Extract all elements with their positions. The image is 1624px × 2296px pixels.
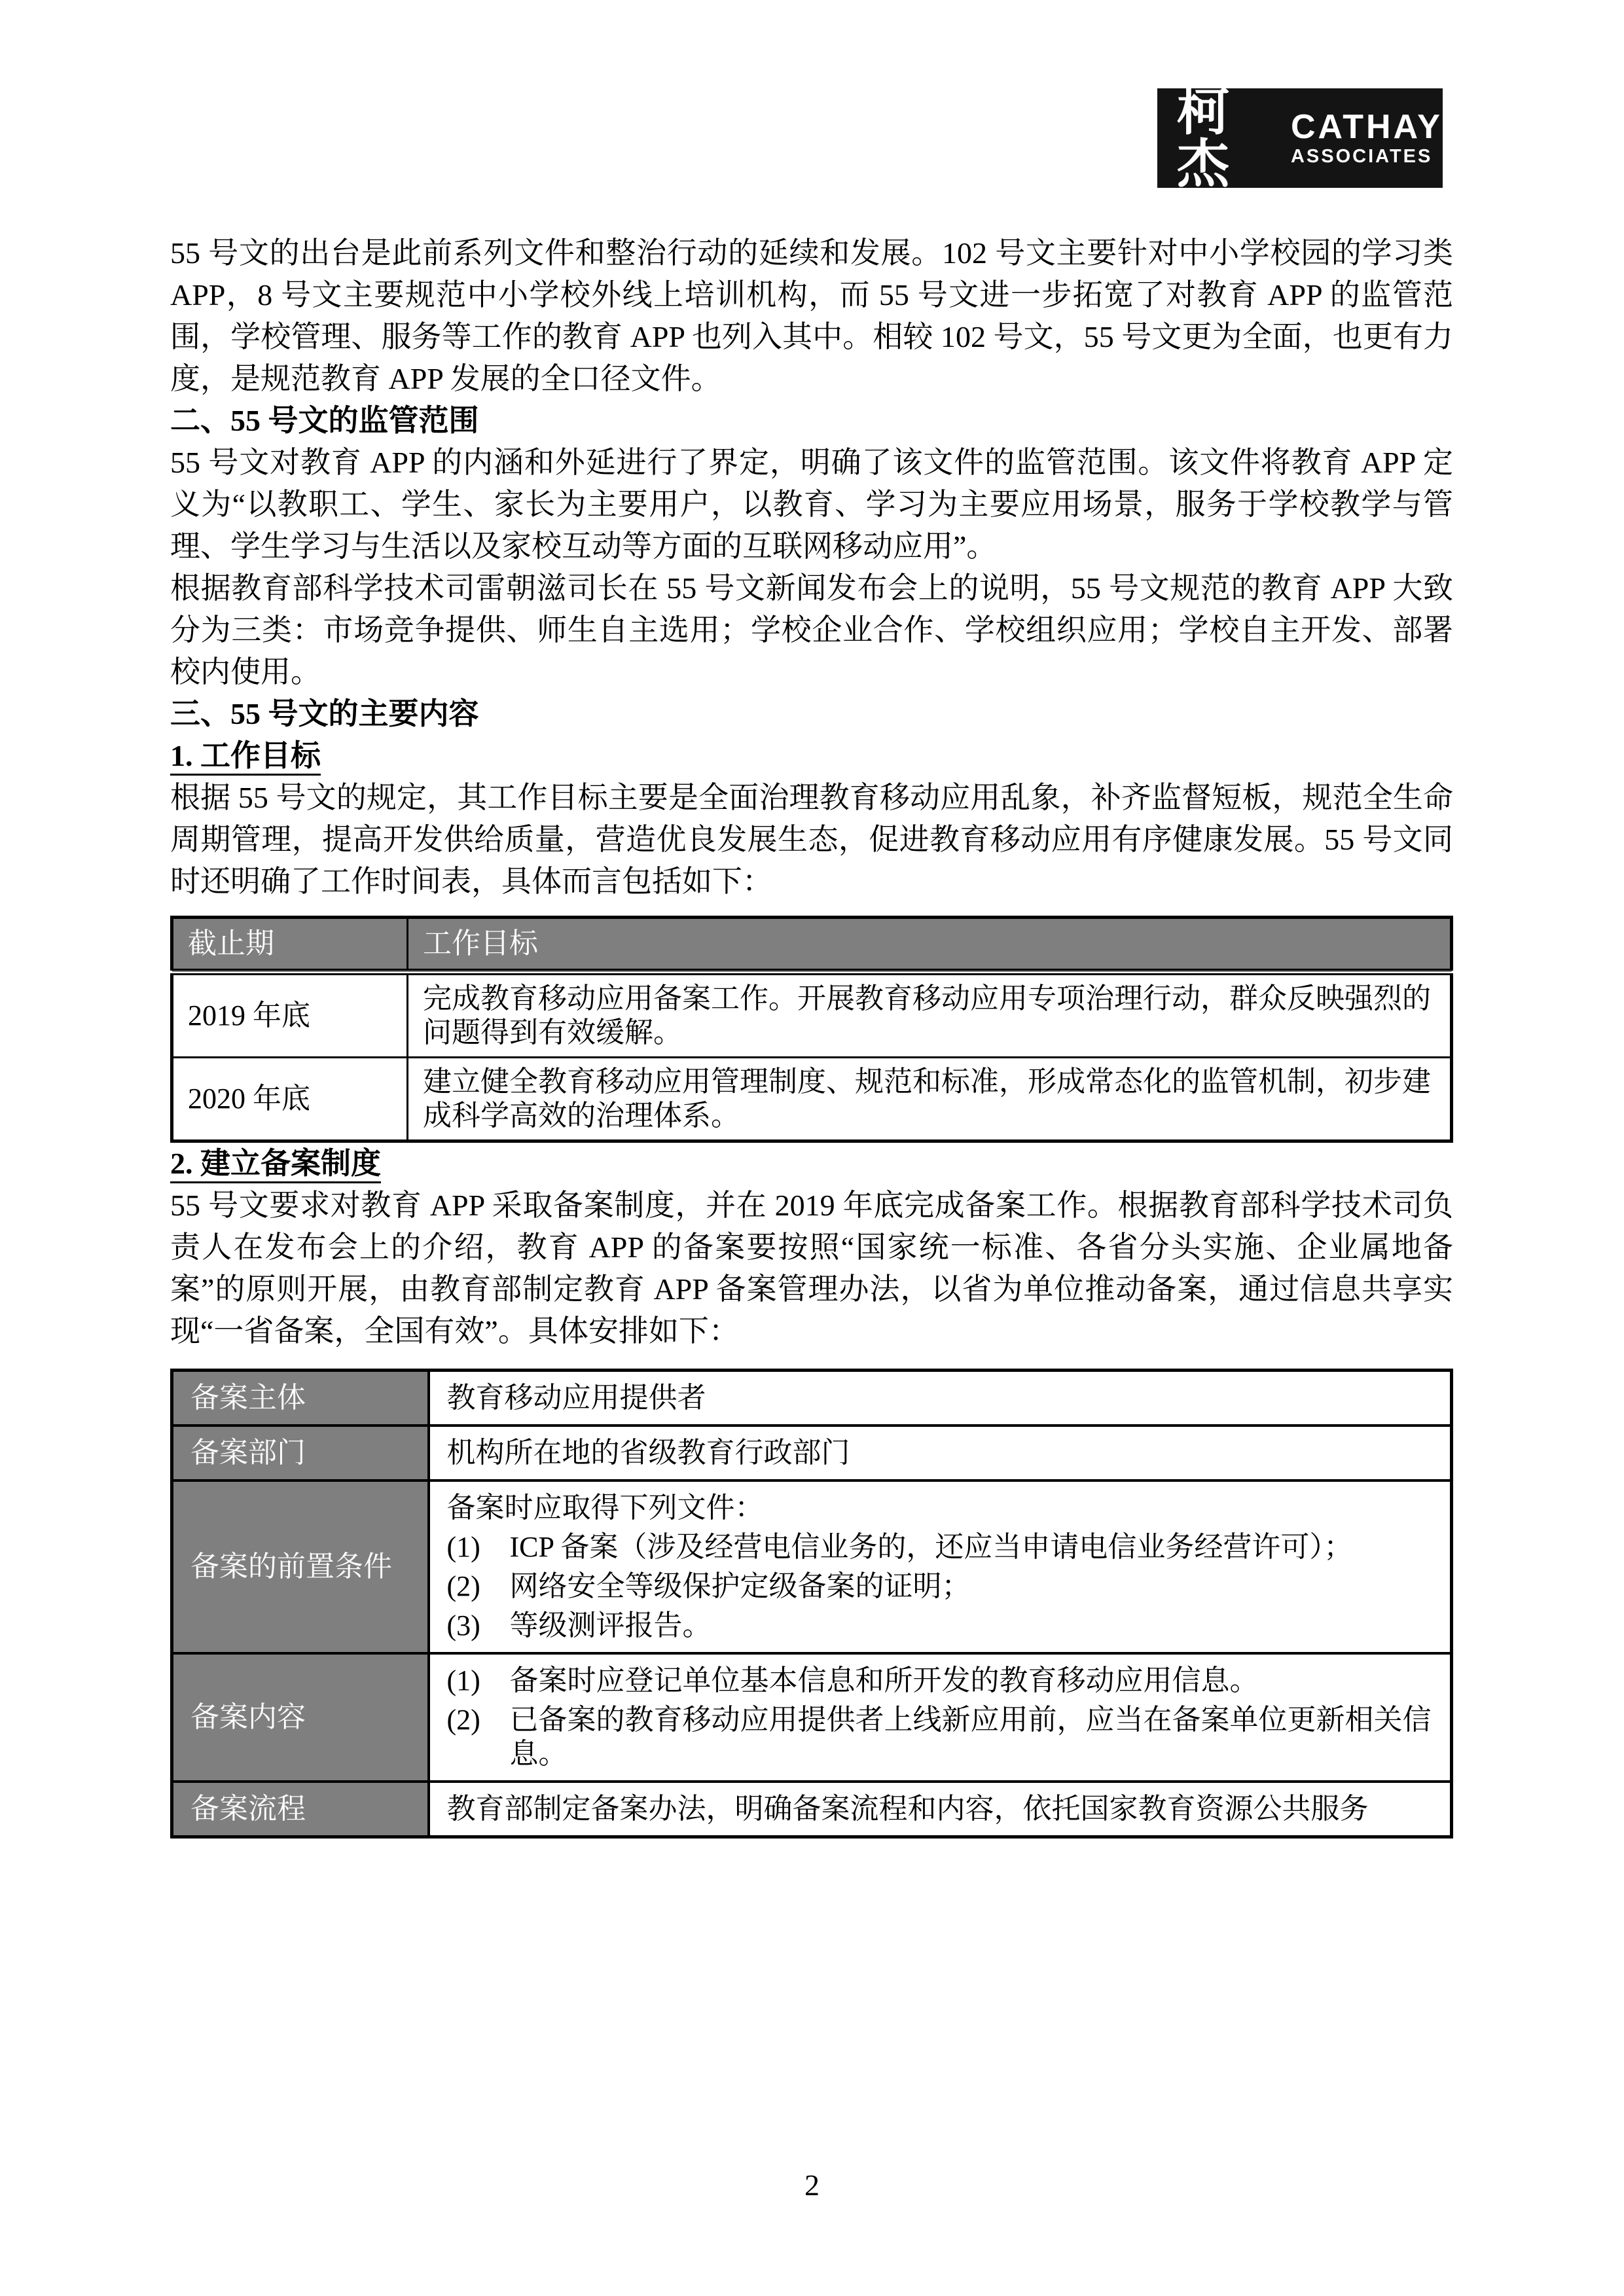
list-item: (1)备案时应登记单位基本信息和所开发的教育移动应用信息。 (447, 1664, 1437, 1698)
filing-value-process: 教育部制定备案办法，明确备案流程和内容，依托国家教育资源公共服务 (429, 1782, 1452, 1837)
filing-value-preconditions: 备案时应取得下列文件： (1)ICP 备案（涉及经营电信业务的，还应当申请电信业… (429, 1480, 1452, 1653)
paragraph-intro: 55 号文的出台是此前系列文件和整治行动的延续和发展。102 号文主要针对中小学… (170, 232, 1453, 400)
table-row: 备案部门 机构所在地的省级教育行政部门 (172, 1426, 1452, 1480)
paragraph-work-goal: 根据 55 号文的规定，其工作目标主要是全面治理教育移动应用乱象，补齐监督短板，… (170, 777, 1453, 903)
table-row: 备案内容 (1)备案时应登记单位基本信息和所开发的教育移动应用信息。 (2)已备… (172, 1653, 1452, 1782)
filing-table-wrapper: 备案主体 教育移动应用提供者 备案部门 机构所在地的省级教育行政部门 备案的前置… (170, 1369, 1453, 1839)
document-page: 柯杰 CATHAY ASSOCIATES 55 号文的出台是此前系列文件和整治行… (0, 0, 1624, 2296)
paragraph-scope-classes: 根据教育部科学技术司雷朝滋司长在 55 号文新闻发布会上的说明，55 号文规范的… (170, 567, 1453, 693)
filing-label-content: 备案内容 (172, 1653, 429, 1782)
filing-value-content: (1)备案时应登记单位基本信息和所开发的教育移动应用信息。 (2)已备案的教育移… (429, 1653, 1452, 1782)
filing-label-department: 备案部门 (172, 1426, 429, 1480)
section-heading-3: 三、55 号文的主要内容 (170, 693, 1453, 735)
list-item: (2)已备案的教育移动应用提供者上线新应用前，应当在备案单位更新相关信息。 (447, 1703, 1437, 1771)
filing-label-preconditions: 备案的前置条件 (172, 1480, 429, 1653)
paragraph-filing-system: 55 号文要求对教育 APP 采取备案制度，并在 2019 年底完成备案工作。根… (170, 1185, 1453, 1352)
table-row: 2019 年底 完成教育移动应用备案工作。开展教育移动应用专项治理行动，群众反映… (172, 972, 1452, 1058)
timeline-header-goal: 工作目标 (408, 918, 1452, 973)
list-item: (3)等级测评报告。 (447, 1609, 1437, 1643)
timeline-table-wrapper: 截止期 工作目标 2019 年底 完成教育移动应用备案工作。开展教育移动应用专项… (170, 916, 1453, 1143)
table-row: 备案主体 教育移动应用提供者 (172, 1371, 1452, 1426)
timeline-deadline-2020: 2020 年底 (172, 1058, 408, 1141)
page-number: 2 (0, 2168, 1624, 2202)
list-item: (2)网络安全等级保护定级备案的证明； (447, 1570, 1437, 1604)
timeline-goal-2019: 完成教育移动应用备案工作。开展教育移动应用专项治理行动，群众反映强烈的问题得到有… (408, 972, 1452, 1058)
timeline-header-row: 截止期 工作目标 (172, 918, 1452, 973)
document-body: 55 号文的出台是此前系列文件和整治行动的延续和发展。102 号文主要针对中小学… (170, 0, 1453, 1839)
table-row: 备案的前置条件 备案时应取得下列文件： (1)ICP 备案（涉及经营电信业务的，… (172, 1480, 1452, 1653)
list-item: (1)ICP 备案（涉及经营电信业务的，还应当申请电信业务经营许可）； (447, 1530, 1437, 1564)
filing-value-department: 机构所在地的省级教育行政部门 (429, 1426, 1452, 1480)
table-row: 2020 年底 建立健全教育移动应用管理制度、规范和标准，形成常态化的监管机制，… (172, 1058, 1452, 1141)
filing-table: 备案主体 教育移动应用提供者 备案部门 机构所在地的省级教育行政部门 备案的前置… (170, 1369, 1453, 1839)
preconditions-intro: 备案时应取得下列文件： (447, 1491, 1437, 1525)
table-row: 备案流程 教育部制定备案办法，明确备案流程和内容，依托国家教育资源公共服务 (172, 1782, 1452, 1837)
timeline-header-deadline: 截止期 (172, 918, 408, 973)
timeline-deadline-2019: 2019 年底 (172, 972, 408, 1058)
subsection-heading-filing-system: 2. 建立备案制度 (170, 1143, 1453, 1185)
filing-value-subject: 教育移动应用提供者 (429, 1371, 1452, 1426)
section-heading-2: 二、55 号文的监管范围 (170, 400, 1453, 442)
filing-label-process: 备案流程 (172, 1782, 429, 1837)
timeline-goal-2020: 建立健全教育移动应用管理制度、规范和标准，形成常态化的监管机制，初步建成科学高效… (408, 1058, 1452, 1141)
paragraph-scope-definition: 55 号文对教育 APP 的内涵和外延进行了界定，明确了该文件的监管范围。该文件… (170, 442, 1453, 567)
timeline-table: 截止期 工作目标 2019 年底 完成教育移动应用备案工作。开展教育移动应用专项… (170, 916, 1453, 1143)
subsection-heading-work-goal: 1. 工作目标 (170, 735, 1453, 777)
filing-label-subject: 备案主体 (172, 1371, 429, 1426)
